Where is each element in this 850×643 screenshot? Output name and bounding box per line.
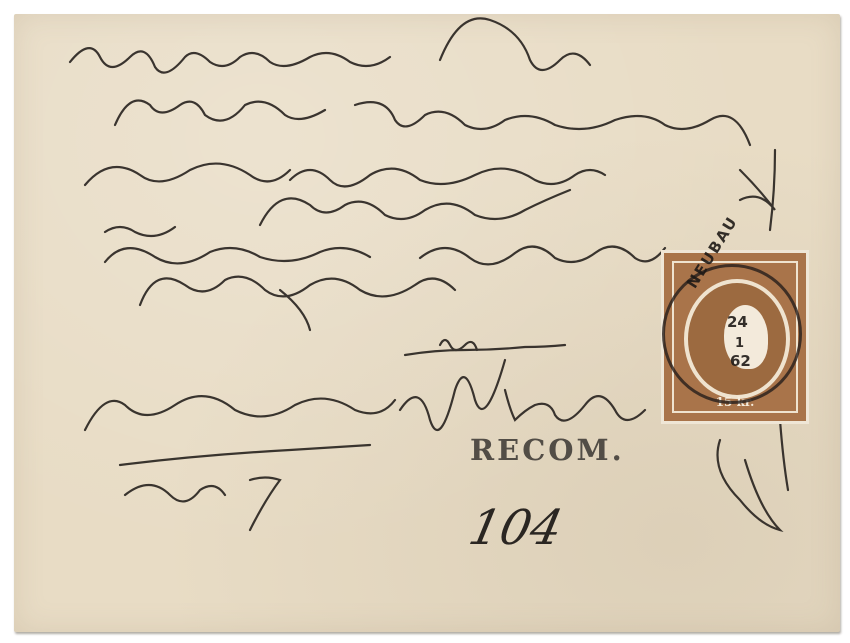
postmark-circle	[662, 264, 802, 404]
postmark-year: 62	[730, 352, 751, 370]
registration-handstamp: RECOM.	[470, 433, 625, 467]
postmark-month: 1	[735, 336, 744, 351]
postmark-day: 24	[727, 313, 748, 331]
registration-number: 104	[464, 500, 568, 556]
